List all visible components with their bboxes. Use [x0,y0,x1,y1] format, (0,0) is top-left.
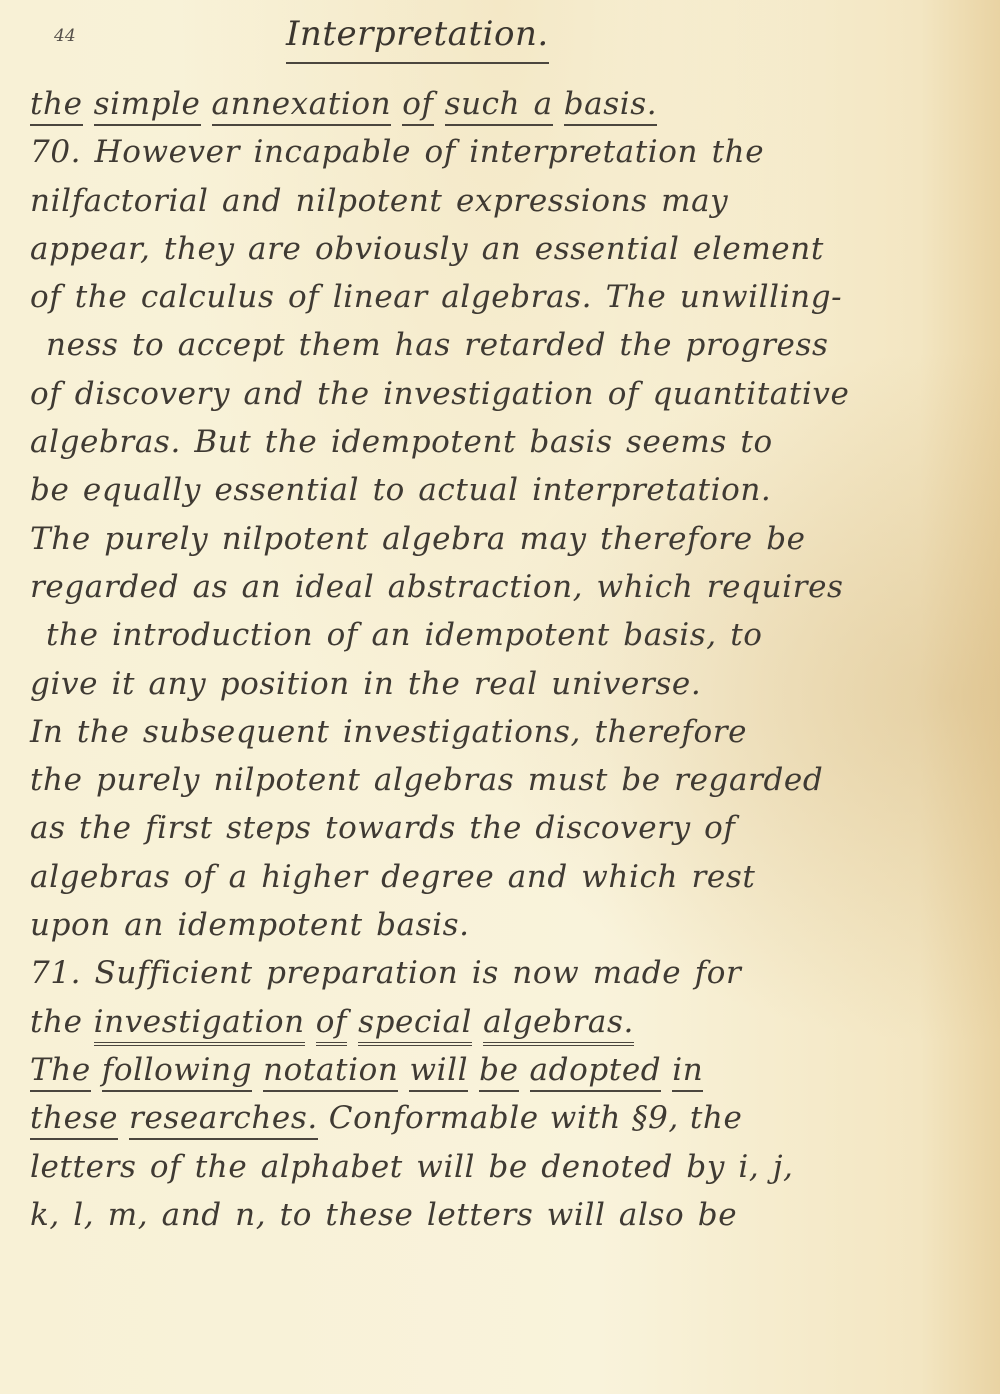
text-line: of the calculus of linear algebras. The … [30,273,980,321]
page-number: 44 [54,26,76,46]
text-line: algebras. But the idempotent basis seems… [30,418,980,466]
underlined-word: following [102,1050,252,1092]
text-line: 70. However incapable of interpretation … [30,128,980,176]
text-line: as the first steps towards the discovery… [30,804,980,852]
word: Conformable [329,1098,539,1138]
text-line: algebras of a higher degree and which re… [30,853,980,901]
text-line: upon an idempotent basis. [30,901,980,949]
underlined-word: simple [94,84,201,126]
text-line: In the subsequent investigations, theref… [30,708,980,756]
underlined-word: special [358,1002,472,1046]
word: with [550,1098,621,1138]
text-line: be equally essential to actual interpret… [30,466,980,514]
text-line: the purely nilpotent algebras must be re… [30,756,980,804]
text-line: theseresearches.Conformablewith§9,the [30,1094,980,1142]
underlined-word: The [30,1050,91,1092]
underlined-word: the [30,84,83,126]
text-line: thesimpleannexationofsuch abasis. [30,80,980,128]
underlined-word: such a [445,84,553,126]
text-line: The purely nilpotent algebra may therefo… [30,515,980,563]
page-header: 44 Interpretation. [0,8,1000,78]
text-line: the introduction of an idempotent basis,… [30,611,980,659]
underlined-word: basis. [564,84,658,126]
manuscript-body: thesimpleannexationofsuch abasis. 70. Ho… [30,80,980,1239]
word: the [30,1002,83,1042]
underlined-word: be [479,1050,518,1092]
text-line: Thefollowingnotationwillbeadoptedin [30,1046,980,1094]
underlined-word: in [672,1050,703,1092]
underlined-word: these [30,1098,118,1140]
text-line: appear, they are obviously an essential … [30,225,980,273]
underlined-word: adopted [530,1050,662,1092]
text-line: nilfactorial and nilpotent expressions m… [30,177,980,225]
underlined-word: of [316,1002,347,1046]
underlined-word: will [409,1050,468,1092]
underlined-word: notation [263,1050,398,1092]
underlined-word: of [402,84,433,126]
underlined-word: algebras. [483,1002,634,1046]
text-line: ness to accept them has retarded the pro… [30,321,980,369]
text-line: theinvestigationofspecialalgebras. [30,998,980,1046]
text-line: k, l, m, and n, to these letters will al… [30,1191,980,1239]
page-title: Interpretation. [286,8,549,64]
text-line: regarded as an ideal abstraction, which … [30,563,980,611]
text-line: give it any position in the real univers… [30,660,980,708]
word: the [690,1098,743,1138]
text-line: letters of the alphabet will be denoted … [30,1143,980,1191]
underlined-word: investigation [94,1002,305,1046]
word: §9, [632,1098,679,1138]
text-line: 71. Sufficient preparation is now made f… [30,949,980,997]
underlined-word: researches. [129,1098,318,1140]
text-line: of discovery and the investigation of qu… [30,370,980,418]
underlined-word: annexation [212,84,392,126]
manuscript-page: 44 Interpretation. thesimpleannexationof… [0,0,1000,1394]
